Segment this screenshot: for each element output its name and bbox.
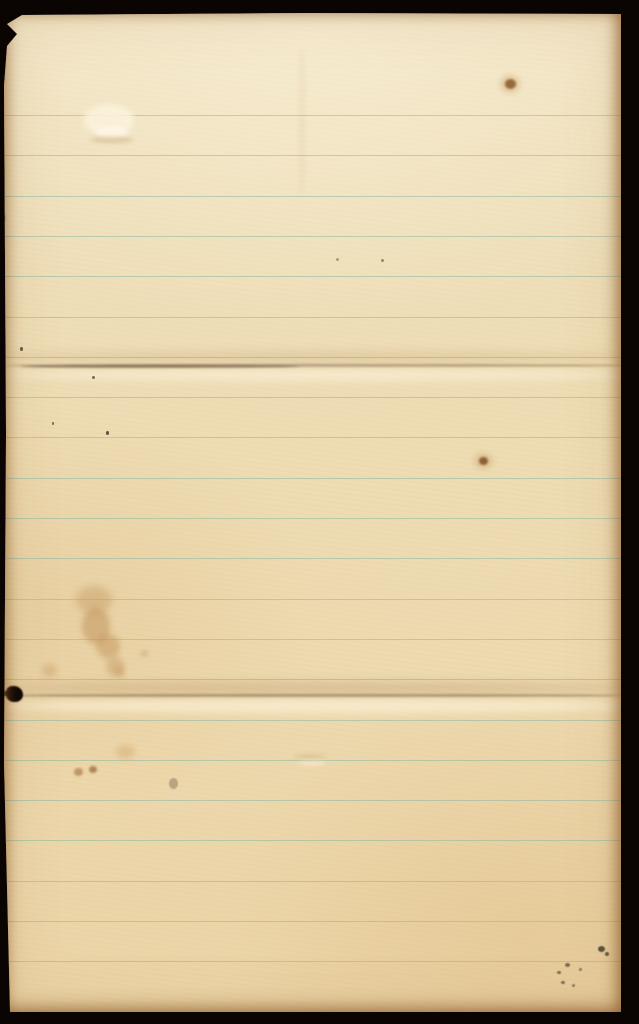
- ink-speck: [557, 971, 561, 974]
- wrinkle-shadow: [300, 48, 304, 198]
- fold-shadow: [0, 682, 632, 694]
- scan-background: [0, 0, 639, 1024]
- wrinkle-highlight: [298, 760, 326, 766]
- paper-sheet: [4, 13, 621, 1012]
- fold-crease: [0, 694, 632, 697]
- fold-crease-dark: [20, 365, 300, 368]
- stain-smudge: [140, 650, 149, 657]
- stain-smudge: [42, 664, 57, 677]
- ink-speck: [565, 963, 570, 967]
- ink-speck: [572, 984, 575, 987]
- stain-dot: [505, 79, 516, 89]
- wrinkle-shadow: [90, 137, 134, 143]
- fold-highlight: [0, 369, 632, 381]
- ink-speck: [598, 946, 605, 952]
- fold-highlight: [0, 699, 632, 713]
- fold-shadow: [0, 351, 632, 363]
- stain-dot: [479, 457, 488, 465]
- speck: [106, 431, 109, 435]
- speck: [92, 376, 95, 379]
- torn-hole-edge: [0, 691, 10, 696]
- stain-dot: [74, 768, 83, 776]
- stain-smudge: [96, 634, 120, 658]
- torn-notch: [0, 213, 5, 223]
- speck: [381, 259, 384, 262]
- speck: [336, 258, 339, 261]
- stain-smudge: [114, 666, 125, 677]
- stain-smudge: [116, 745, 135, 759]
- ink-speck: [579, 968, 582, 971]
- ink-speck: [605, 952, 609, 956]
- fiber-mark: [169, 778, 178, 789]
- speck: [20, 347, 23, 351]
- stain-dot: [89, 766, 97, 773]
- speck: [52, 422, 54, 425]
- ink-speck: [561, 981, 565, 984]
- wrinkle-shadow: [294, 754, 326, 759]
- paper-marks: [4, 13, 621, 1012]
